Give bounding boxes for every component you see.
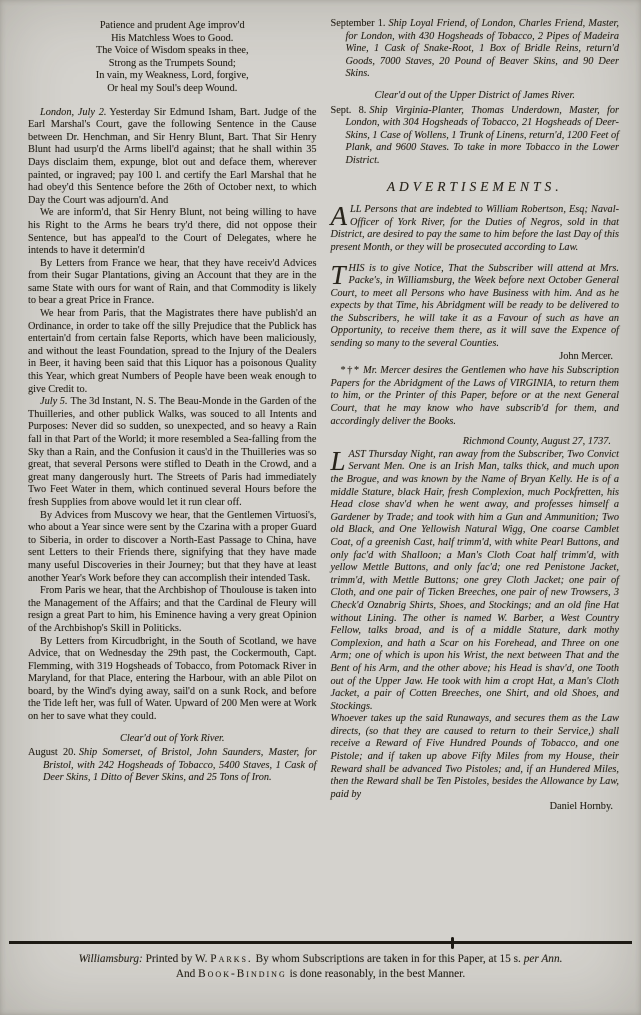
news-paragraph: From Paris we hear, that the Archbishop … — [28, 585, 317, 635]
poem-line: Strong as the Trumpets Sound; — [28, 58, 317, 71]
paragraph-text: We hear from Paris, that the Magistrates… — [28, 308, 317, 395]
dateline-lead: London, July 2. — [40, 107, 106, 118]
news-paragraph: July 5.The 3d Instant, N. S. The Beau-Mo… — [28, 396, 317, 509]
news-paragraph: London, July 2.Yesterday Sir Edmund Isha… — [28, 107, 317, 208]
paragraph-text: The 3d Instant, N. S. The Beau-Monde in … — [28, 396, 317, 508]
imprint-line1-rest: By whom Subscriptions are taken in for t… — [256, 953, 521, 965]
clearance-heading-york: Clear'd out of York River. — [28, 733, 317, 746]
mercer-note: *†*Mr. Mercer desires the Gentlemen who … — [331, 365, 620, 428]
poem-line: In vain, my Weakness, Lord, forgive, — [28, 70, 317, 83]
paragraph-text: By Letters from France we hear, that the… — [28, 258, 317, 307]
imprint-bookbinding: Book-Binding — [198, 968, 287, 980]
footer-rule — [9, 941, 632, 944]
imprint-printer-name: Parks. — [210, 953, 252, 965]
entry-date: Sept. 8. — [331, 105, 367, 116]
dateline-lead: July 5. — [40, 396, 68, 407]
entry-text: Ship Somerset, of Bristol, John Saunders… — [43, 747, 317, 783]
entry-date: August 20. — [28, 747, 76, 758]
dateline-richmond: Richmond County, August 27, 1737. — [331, 436, 612, 449]
ship-entry-somerset: August 20.Ship Somerset, of Bristol, Joh… — [28, 747, 317, 785]
printer-imprint: Williamsburg: Printed by W. Parks. By wh… — [0, 944, 641, 981]
poem-line: Patience and prudent Age improv'd — [28, 20, 317, 33]
ad-text: AST Thursday Night, ran away from the Su… — [331, 449, 620, 712]
newspaper-page: Patience and prudent Age improv'd His Ma… — [0, 0, 641, 1015]
poem-line: The Voice of Wisdom speaks in thee, — [28, 45, 317, 58]
advertisement-runaway: LAST Thursday Night, ran away from the S… — [331, 449, 620, 713]
advertisement-runaway-reward: Whoever takes up the said Runaways, and … — [331, 713, 620, 801]
ship-entry-loyal-friend: September 1.Ship Loyal Friend, of London… — [331, 18, 620, 81]
ship-entry-virginia-planter: Sept. 8.Ship Virginia-Planter, Thomas Un… — [331, 105, 620, 168]
imprint-printed-by: Printed by W. — [146, 953, 208, 965]
news-paragraph: By Letters from Kircudbright, in the Sou… — [28, 636, 317, 724]
ad-text: LL Persons that are indebted to William … — [331, 204, 620, 253]
footer: Williamsburg: Printed by W. Parks. By wh… — [0, 941, 641, 981]
signature-hornby: Daniel Hornby. — [331, 801, 614, 814]
imprint-line2: And Book-Binding is done reasonably, in … — [16, 967, 625, 982]
poem-line: His Matchless Woes to Good. — [28, 33, 317, 46]
news-paragraph: By Advices from Muscovy we hear, that th… — [28, 510, 317, 586]
note-text: Mr. Mercer desires the Gentlemen who hav… — [331, 365, 620, 426]
drop-cap: T — [331, 263, 349, 286]
ad-text: HIS is to give Notice, That the Subscrib… — [331, 263, 620, 350]
paragraph-text: By Advices from Muscovy we hear, that th… — [28, 510, 317, 584]
rule-ornament — [451, 937, 454, 949]
advertisement-mercer: THIS is to give Notice, That the Subscri… — [331, 263, 620, 351]
paragraph-text: By Letters from Kircudbright, in the Sou… — [28, 636, 317, 723]
paragraph-text: Yesterday Sir Edmund Isham, Bart. Judge … — [28, 107, 317, 206]
note-mark: *†* — [341, 365, 361, 376]
poem: Patience and prudent Age improv'd His Ma… — [28, 20, 317, 96]
drop-cap: L — [331, 449, 349, 472]
imprint-place: Williamsburg: — [79, 953, 143, 965]
advertisement-robertson: ALL Persons that are indebted to William… — [331, 204, 620, 254]
advertisements-heading: ADVERTISEMENTS. — [331, 181, 620, 194]
entry-text: Ship Loyal Friend, of London, Charles Fr… — [346, 18, 620, 79]
signature-mercer: John Mercer. — [331, 351, 614, 364]
imprint-per-ann: per Ann. — [524, 953, 563, 965]
news-paragraph: We hear from Paris, that the Magistrates… — [28, 308, 317, 396]
imprint-line2-start: And — [176, 968, 195, 980]
imprint-line1: Williamsburg: Printed by W. Parks. By wh… — [16, 952, 625, 967]
right-column: September 1.Ship Loyal Friend, of London… — [331, 18, 620, 938]
left-column: Patience and prudent Age improv'd His Ma… — [28, 18, 317, 938]
imprint-line2-rest: is done reasonably, in the best Manner. — [290, 968, 466, 980]
paragraph-text: From Paris we hear, that the Archbishop … — [28, 585, 317, 634]
entry-date: September 1. — [331, 18, 386, 29]
ad-text: Whoever takes up the said Runaways, and … — [331, 713, 620, 800]
text-columns: Patience and prudent Age improv'd His Ma… — [0, 0, 641, 938]
news-paragraph: By Letters from France we hear, that the… — [28, 258, 317, 308]
entry-text: Ship Virginia-Planter, Thomas Underdown,… — [346, 105, 620, 166]
clearance-heading-james: Clear'd out of the Upper District of Jam… — [331, 90, 620, 103]
poem-line: Or heal my Soul's deep Wound. — [28, 83, 317, 96]
drop-cap: A — [331, 204, 351, 227]
news-paragraph: We are inform'd, that Sir Henry Blunt, n… — [28, 207, 317, 257]
paragraph-text: We are inform'd, that Sir Henry Blunt, n… — [28, 207, 317, 256]
